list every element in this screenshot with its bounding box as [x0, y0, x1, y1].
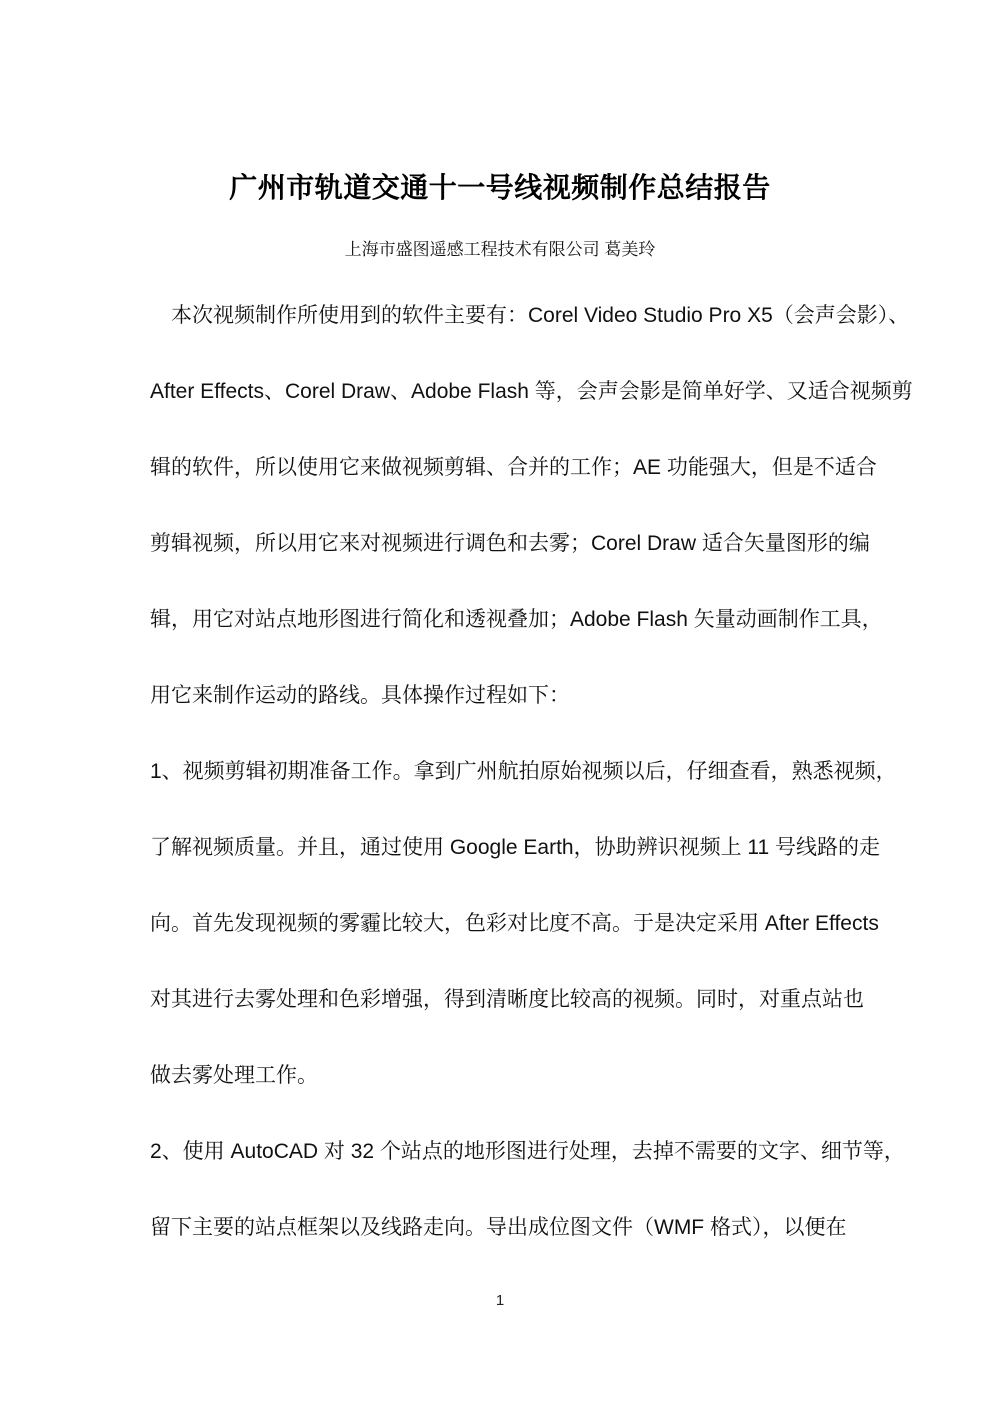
body-line: 对其进行去雾处理和色彩增强，得到清晰度比较高的视频。同时，对重点站也: [150, 962, 872, 1038]
body-line: 1、视频剪辑初期准备工作。拿到广州航拍原始视频以后，仔细查看，熟悉视频，: [150, 734, 872, 810]
page-number: 1: [0, 1292, 1000, 1309]
body-line: 2、使用 AutoCAD 对 32 个站点的地形图进行处理，去掉不需要的文字、细…: [150, 1114, 872, 1190]
body-line: 本次视频制作所使用到的软件主要有：Corel Video Studio Pro …: [150, 278, 872, 354]
body-line: 辑的软件，所以使用它来做视频剪辑、合并的工作；AE 功能强大，但是不适合: [150, 430, 872, 506]
body-line: 留下主要的站点框架以及线路走向。导出成位图文件（WMF 格式），以便在: [150, 1190, 872, 1266]
body-line: 做去雾处理工作。: [150, 1038, 872, 1114]
body-line: 辑，用它对站点地形图进行简化和透视叠加；Adobe Flash 矢量动画制作工具…: [150, 582, 872, 658]
document-title: 广州市轨道交通十一号线视频制作总结报告: [0, 166, 1000, 206]
body-line: After Effects、Corel Draw、Adobe Flash 等，会…: [150, 354, 872, 430]
document-body: 本次视频制作所使用到的软件主要有：Corel Video Studio Pro …: [150, 278, 872, 1266]
body-line: 了解视频质量。并且，通过使用 Google Earth，协助辨识视频上 11 号…: [150, 810, 872, 886]
document-page: 广州市轨道交通十一号线视频制作总结报告 上海市盛图遥感工程技术有限公司 葛美玲 …: [0, 0, 1000, 1415]
body-line: 向。首先发现视频的雾霾比较大，色彩对比度不高。于是决定采用 After Effe…: [150, 886, 872, 962]
document-author: 上海市盛图遥感工程技术有限公司 葛美玲: [0, 235, 1000, 260]
body-line: 用它来制作运动的路线。具体操作过程如下：: [150, 658, 872, 734]
body-line: 剪辑视频，所以用它来对视频进行调色和去雾；Corel Draw 适合矢量图形的编: [150, 506, 872, 582]
